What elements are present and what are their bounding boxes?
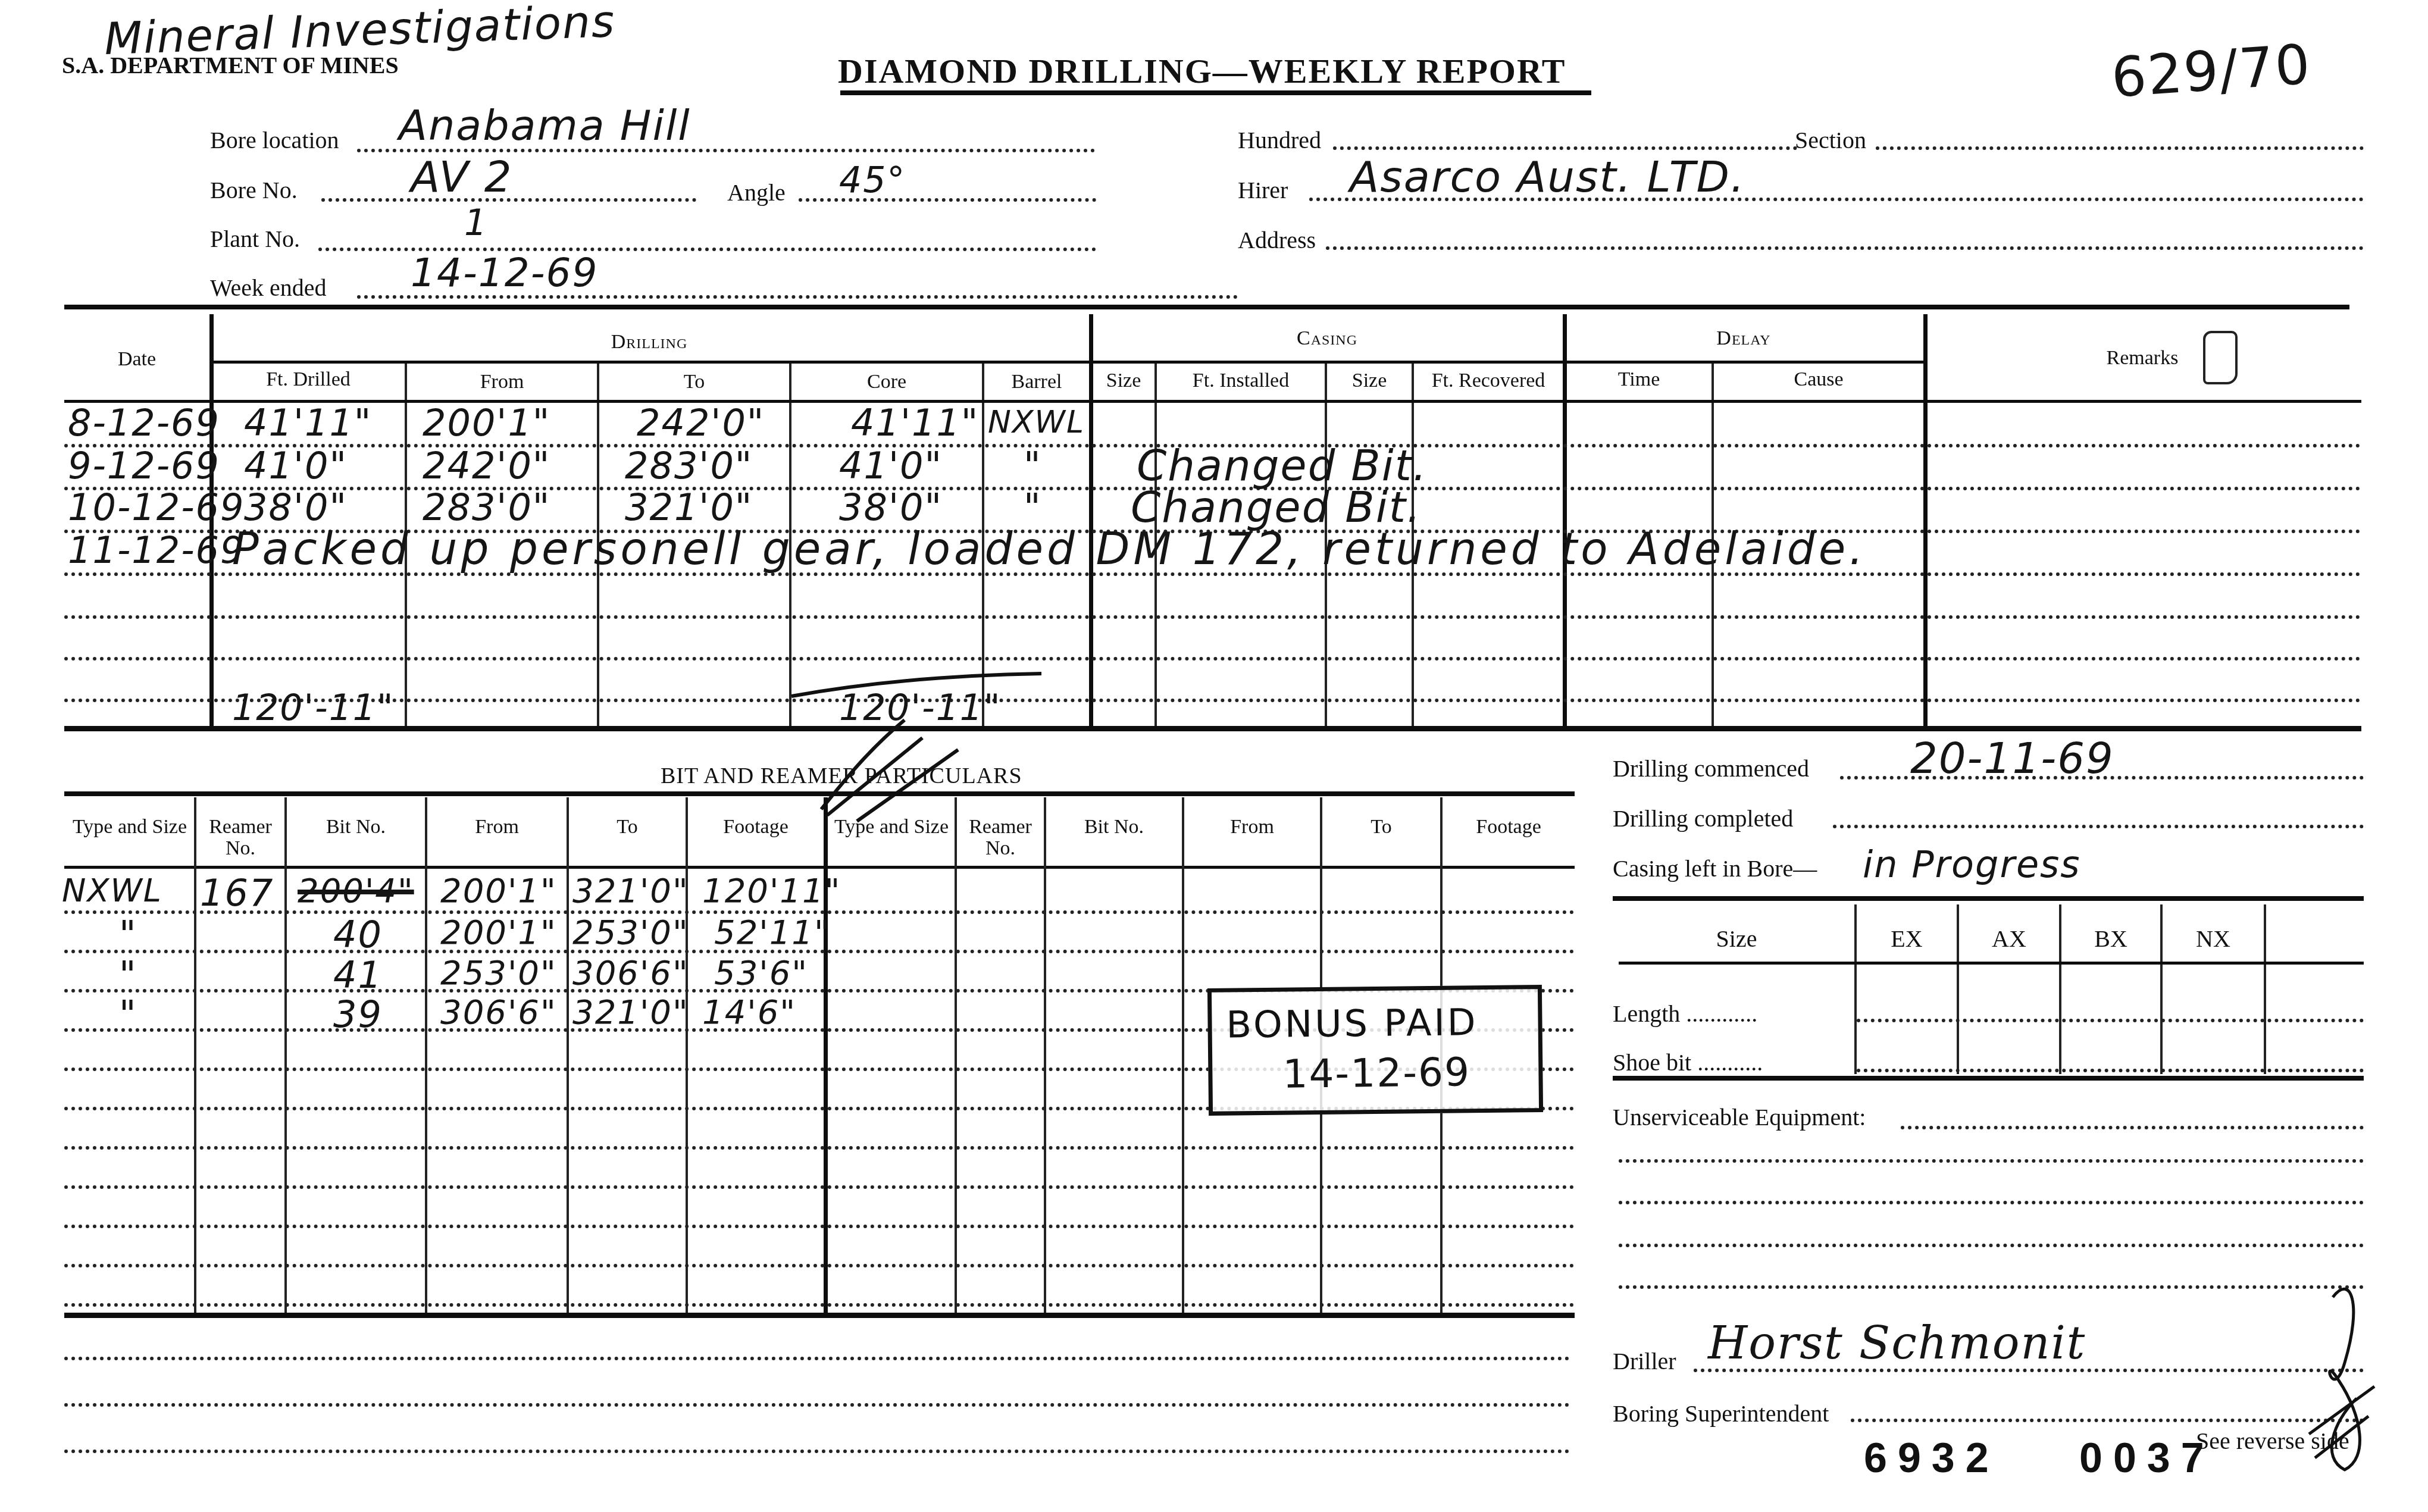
divider bbox=[194, 797, 196, 1315]
unserviceable-line[interactable] bbox=[1619, 1159, 2364, 1163]
drilling-commenced-label: Drilling commenced bbox=[1613, 755, 1809, 782]
stamp-date: 14-12-69 bbox=[1282, 1049, 1470, 1097]
divider bbox=[2264, 904, 2266, 1074]
col-delay-time: Time bbox=[1566, 369, 1712, 390]
casing-table-bottom-rule bbox=[1613, 1076, 2364, 1081]
row-line bbox=[64, 699, 2361, 702]
col-delay-cause: Cause bbox=[1714, 369, 1923, 390]
header-text: Type and Size bbox=[73, 816, 187, 838]
bit-row3-from: 253'0" bbox=[440, 957, 557, 990]
row4-note: Packed up personell gear, loaded DM 172,… bbox=[232, 527, 1867, 571]
col-barrel: Barrel bbox=[984, 371, 1089, 393]
bit-col-to-2: To bbox=[1322, 816, 1440, 838]
drilling-table-top-rule bbox=[64, 305, 2349, 309]
row-line bbox=[64, 615, 2361, 619]
header-rule bbox=[209, 361, 1923, 364]
divider bbox=[567, 797, 569, 1315]
row2-date: 9-12-69 bbox=[68, 447, 220, 484]
bit-col-bit-no: Bit No. bbox=[287, 816, 425, 838]
casing-size-header: Size bbox=[1619, 925, 1854, 953]
row-line bbox=[64, 1264, 1575, 1267]
bit-row4-bitno: 39 bbox=[333, 996, 383, 1033]
bit-row3-type: " bbox=[119, 957, 137, 994]
casing-left-value: in Progress bbox=[1863, 843, 2081, 886]
notes-line[interactable] bbox=[64, 1403, 1570, 1407]
row1-barrel: NXWL bbox=[988, 407, 1085, 438]
bore-no-label: Bore No. bbox=[210, 176, 298, 204]
row1-to: 242'0" bbox=[637, 405, 765, 442]
row3-from: 283'0" bbox=[423, 489, 550, 526]
divider bbox=[955, 797, 957, 1315]
row2-ft-drilled: 41'0" bbox=[244, 447, 348, 484]
header-rule bbox=[64, 400, 2361, 403]
length-field[interactable] bbox=[1857, 1019, 2364, 1022]
bit-col-reamer-no-2: Reamer No. bbox=[957, 816, 1044, 859]
row2-core: 41'0" bbox=[839, 447, 943, 484]
divider bbox=[1182, 797, 1184, 1315]
bit-row4-from: 306'6" bbox=[440, 996, 557, 1029]
bit-row4-footage: 14'6" bbox=[702, 996, 796, 1029]
shoe-bit-label: Shoe bit ........... bbox=[1613, 1048, 1763, 1076]
drilling-completed-field[interactable] bbox=[1833, 825, 2364, 828]
bore-location-value: Anabama Hill bbox=[399, 101, 691, 150]
col-casing-size: Size bbox=[1093, 370, 1154, 392]
row-line bbox=[64, 1225, 1575, 1228]
row-line bbox=[64, 1303, 1575, 1307]
bit-col-bit-no-2: Bit No. bbox=[1046, 816, 1182, 838]
hundred-label: Hundred bbox=[1238, 126, 1321, 154]
bit-row3-bitno: 41 bbox=[333, 957, 383, 994]
row2-barrel: " bbox=[1024, 447, 1042, 484]
bit-table-bottom-rule bbox=[64, 1313, 1575, 1318]
casing-col-bx: BX bbox=[2061, 925, 2160, 953]
row3-to: 321'0" bbox=[625, 489, 753, 526]
row3-core: 38'0" bbox=[839, 489, 943, 526]
divider bbox=[284, 797, 287, 1315]
stamp-title: BONUS PAID bbox=[1226, 1000, 1478, 1046]
col-casing-size-2: Size bbox=[1327, 370, 1412, 392]
unserviceable-field[interactable] bbox=[1901, 1126, 2364, 1129]
serial-number-left: 6932 bbox=[1864, 1434, 2000, 1482]
row-line bbox=[64, 657, 2361, 660]
bit-row4-to: 321'0" bbox=[572, 996, 689, 1029]
bit-col-type-size-2: Type and Size bbox=[828, 816, 955, 838]
divider bbox=[425, 797, 427, 1315]
casing-table-top-rule bbox=[1613, 896, 2364, 901]
file-reference: 629/70 bbox=[2110, 32, 2313, 109]
total-ft-drilled: 120'-11" bbox=[232, 690, 395, 726]
bit-row3-footage: 53'6" bbox=[714, 957, 808, 990]
address-label: Address bbox=[1238, 226, 1316, 254]
section-label: Section bbox=[1795, 126, 1866, 154]
length-label: Length ............ bbox=[1613, 1000, 1757, 1028]
plant-no-label: Plant No. bbox=[210, 225, 300, 253]
row3-ft-drilled: 38'0" bbox=[244, 489, 348, 526]
see-reverse-note: See reverse side bbox=[2196, 1427, 2349, 1455]
driller-signature: Horst Schmonit bbox=[1708, 1316, 2086, 1369]
bit-row2-from: 200'1" bbox=[440, 916, 557, 950]
bit-col-from: From bbox=[427, 816, 567, 838]
week-ended-label: Week ended bbox=[210, 274, 327, 302]
week-ended-value: 14-12-69 bbox=[411, 250, 599, 296]
bit-row3-to: 306'6" bbox=[572, 957, 689, 990]
section-field[interactable] bbox=[1876, 146, 2364, 150]
hirer-value: Asarco Aust. LTD. bbox=[1350, 152, 1745, 202]
col-ft-recovered: Ft. Recovered bbox=[1414, 370, 1563, 392]
bit-table-header-rule bbox=[64, 866, 1575, 869]
hundred-field[interactable] bbox=[1333, 146, 1797, 150]
angle-label: Angle bbox=[727, 179, 786, 206]
bore-location-label: Bore location bbox=[210, 126, 339, 154]
notes-line[interactable] bbox=[64, 1357, 1570, 1360]
bit-row2-type: " bbox=[119, 916, 137, 953]
row4-date: 11-12-69 bbox=[68, 532, 245, 569]
page-title: DIAMOND DRILLING—WEEKLY REPORT bbox=[838, 51, 1566, 91]
bit-col-footage-2: Footage bbox=[1443, 816, 1575, 838]
row3-barrel: " bbox=[1024, 489, 1042, 526]
bit-col-to: To bbox=[569, 816, 686, 838]
bit-row1-footage: 120'11" bbox=[702, 875, 841, 908]
drilling-group-header: Drilling bbox=[209, 331, 1089, 353]
notes-line[interactable] bbox=[64, 1450, 1570, 1453]
bit-col-type-size: Type and Size bbox=[65, 816, 194, 838]
bit-row1-bitno-struck: 200'4" bbox=[298, 875, 414, 908]
plant-no-value: 1 bbox=[464, 202, 488, 244]
drilling-table-bottom-rule bbox=[64, 726, 2361, 731]
shoe-bit-field[interactable] bbox=[1857, 1069, 2364, 1072]
delay-group-header: Delay bbox=[1564, 327, 1923, 350]
casing-group-header: Casing bbox=[1090, 327, 1564, 350]
driller-label: Driller bbox=[1613, 1347, 1676, 1375]
casing-left-label: Casing left in Bore— bbox=[1613, 854, 1817, 882]
bit-col-footage: Footage bbox=[688, 816, 824, 838]
bit-row1-reamer: 167 bbox=[200, 875, 274, 912]
bit-row1-from: 200'1" bbox=[440, 875, 557, 908]
casing-col-ax: AX bbox=[1959, 925, 2059, 953]
strike-mark-icon bbox=[821, 732, 1000, 827]
bonus-paid-stamp: BONUS PAID 14-12-69 bbox=[1207, 985, 1543, 1116]
casing-col-nx: NX bbox=[2163, 925, 2264, 953]
row2-note: Changed Bit. bbox=[1137, 444, 1428, 487]
boring-superintendent-label: Boring Superintendent bbox=[1613, 1400, 1829, 1428]
col-ft-drilled: Ft. Drilled bbox=[212, 369, 405, 390]
bit-row2-to: 253'0" bbox=[572, 916, 689, 950]
casing-table-header-rule bbox=[1619, 962, 2364, 965]
angle-value: 45° bbox=[839, 159, 906, 201]
hirer-label: Hirer bbox=[1238, 176, 1288, 204]
bit-row2-footage: 52'11" bbox=[714, 916, 831, 950]
row3-note: Changed Bit. bbox=[1131, 486, 1422, 528]
drilling-commenced-value: 20-11-69 bbox=[1910, 733, 2114, 783]
title-underline bbox=[840, 90, 1591, 95]
col-ft-installed: Ft. Installed bbox=[1157, 370, 1325, 392]
divider bbox=[1923, 314, 1928, 728]
serial-number-right: 0037 bbox=[2079, 1434, 2215, 1482]
drilling-completed-label: Drilling completed bbox=[1613, 804, 1793, 832]
row1-date: 8-12-69 bbox=[68, 405, 220, 442]
bit-col-from-2: From bbox=[1184, 816, 1320, 838]
bore-no-value: AV 2 bbox=[411, 152, 513, 202]
date-header: Date bbox=[64, 349, 209, 370]
casing-col-ex: EX bbox=[1857, 925, 1957, 953]
row1-from: 200'1" bbox=[423, 405, 550, 442]
col-to: To bbox=[599, 371, 789, 393]
bit-row1-to: 321'0" bbox=[572, 875, 689, 908]
bit-table-top-rule bbox=[64, 791, 1575, 796]
row-line bbox=[64, 1146, 1575, 1150]
boring-superintendent-field[interactable] bbox=[1851, 1419, 2364, 1422]
divider bbox=[1044, 797, 1046, 1315]
row3-date: 10-12-69 bbox=[68, 489, 245, 526]
row2-to: 283'0" bbox=[625, 447, 753, 484]
department-name: S.A. DEPARTMENT OF MINES bbox=[62, 51, 399, 79]
bit-col-reamer-no: Reamer No. bbox=[196, 816, 284, 859]
bit-row4-type: " bbox=[119, 996, 137, 1033]
col-core: Core bbox=[791, 371, 982, 393]
row-line bbox=[64, 1185, 1575, 1189]
bit-row2-bitno: 40 bbox=[333, 916, 383, 953]
row1-core: 41'11" bbox=[851, 405, 979, 442]
row1-ft-drilled: 41'11" bbox=[244, 405, 372, 442]
unserviceable-line[interactable] bbox=[1619, 1285, 2364, 1289]
unserviceable-line[interactable] bbox=[1619, 1201, 2364, 1204]
stain-mark-icon bbox=[2203, 331, 2238, 384]
col-from: From bbox=[407, 371, 597, 393]
unserviceable-label: Unserviceable Equipment: bbox=[1613, 1103, 1866, 1131]
address-field[interactable] bbox=[1326, 246, 2364, 250]
bit-row1-type: NXWL bbox=[62, 875, 162, 907]
row2-from: 242'0" bbox=[423, 447, 550, 484]
unserviceable-line[interactable] bbox=[1619, 1244, 2364, 1247]
